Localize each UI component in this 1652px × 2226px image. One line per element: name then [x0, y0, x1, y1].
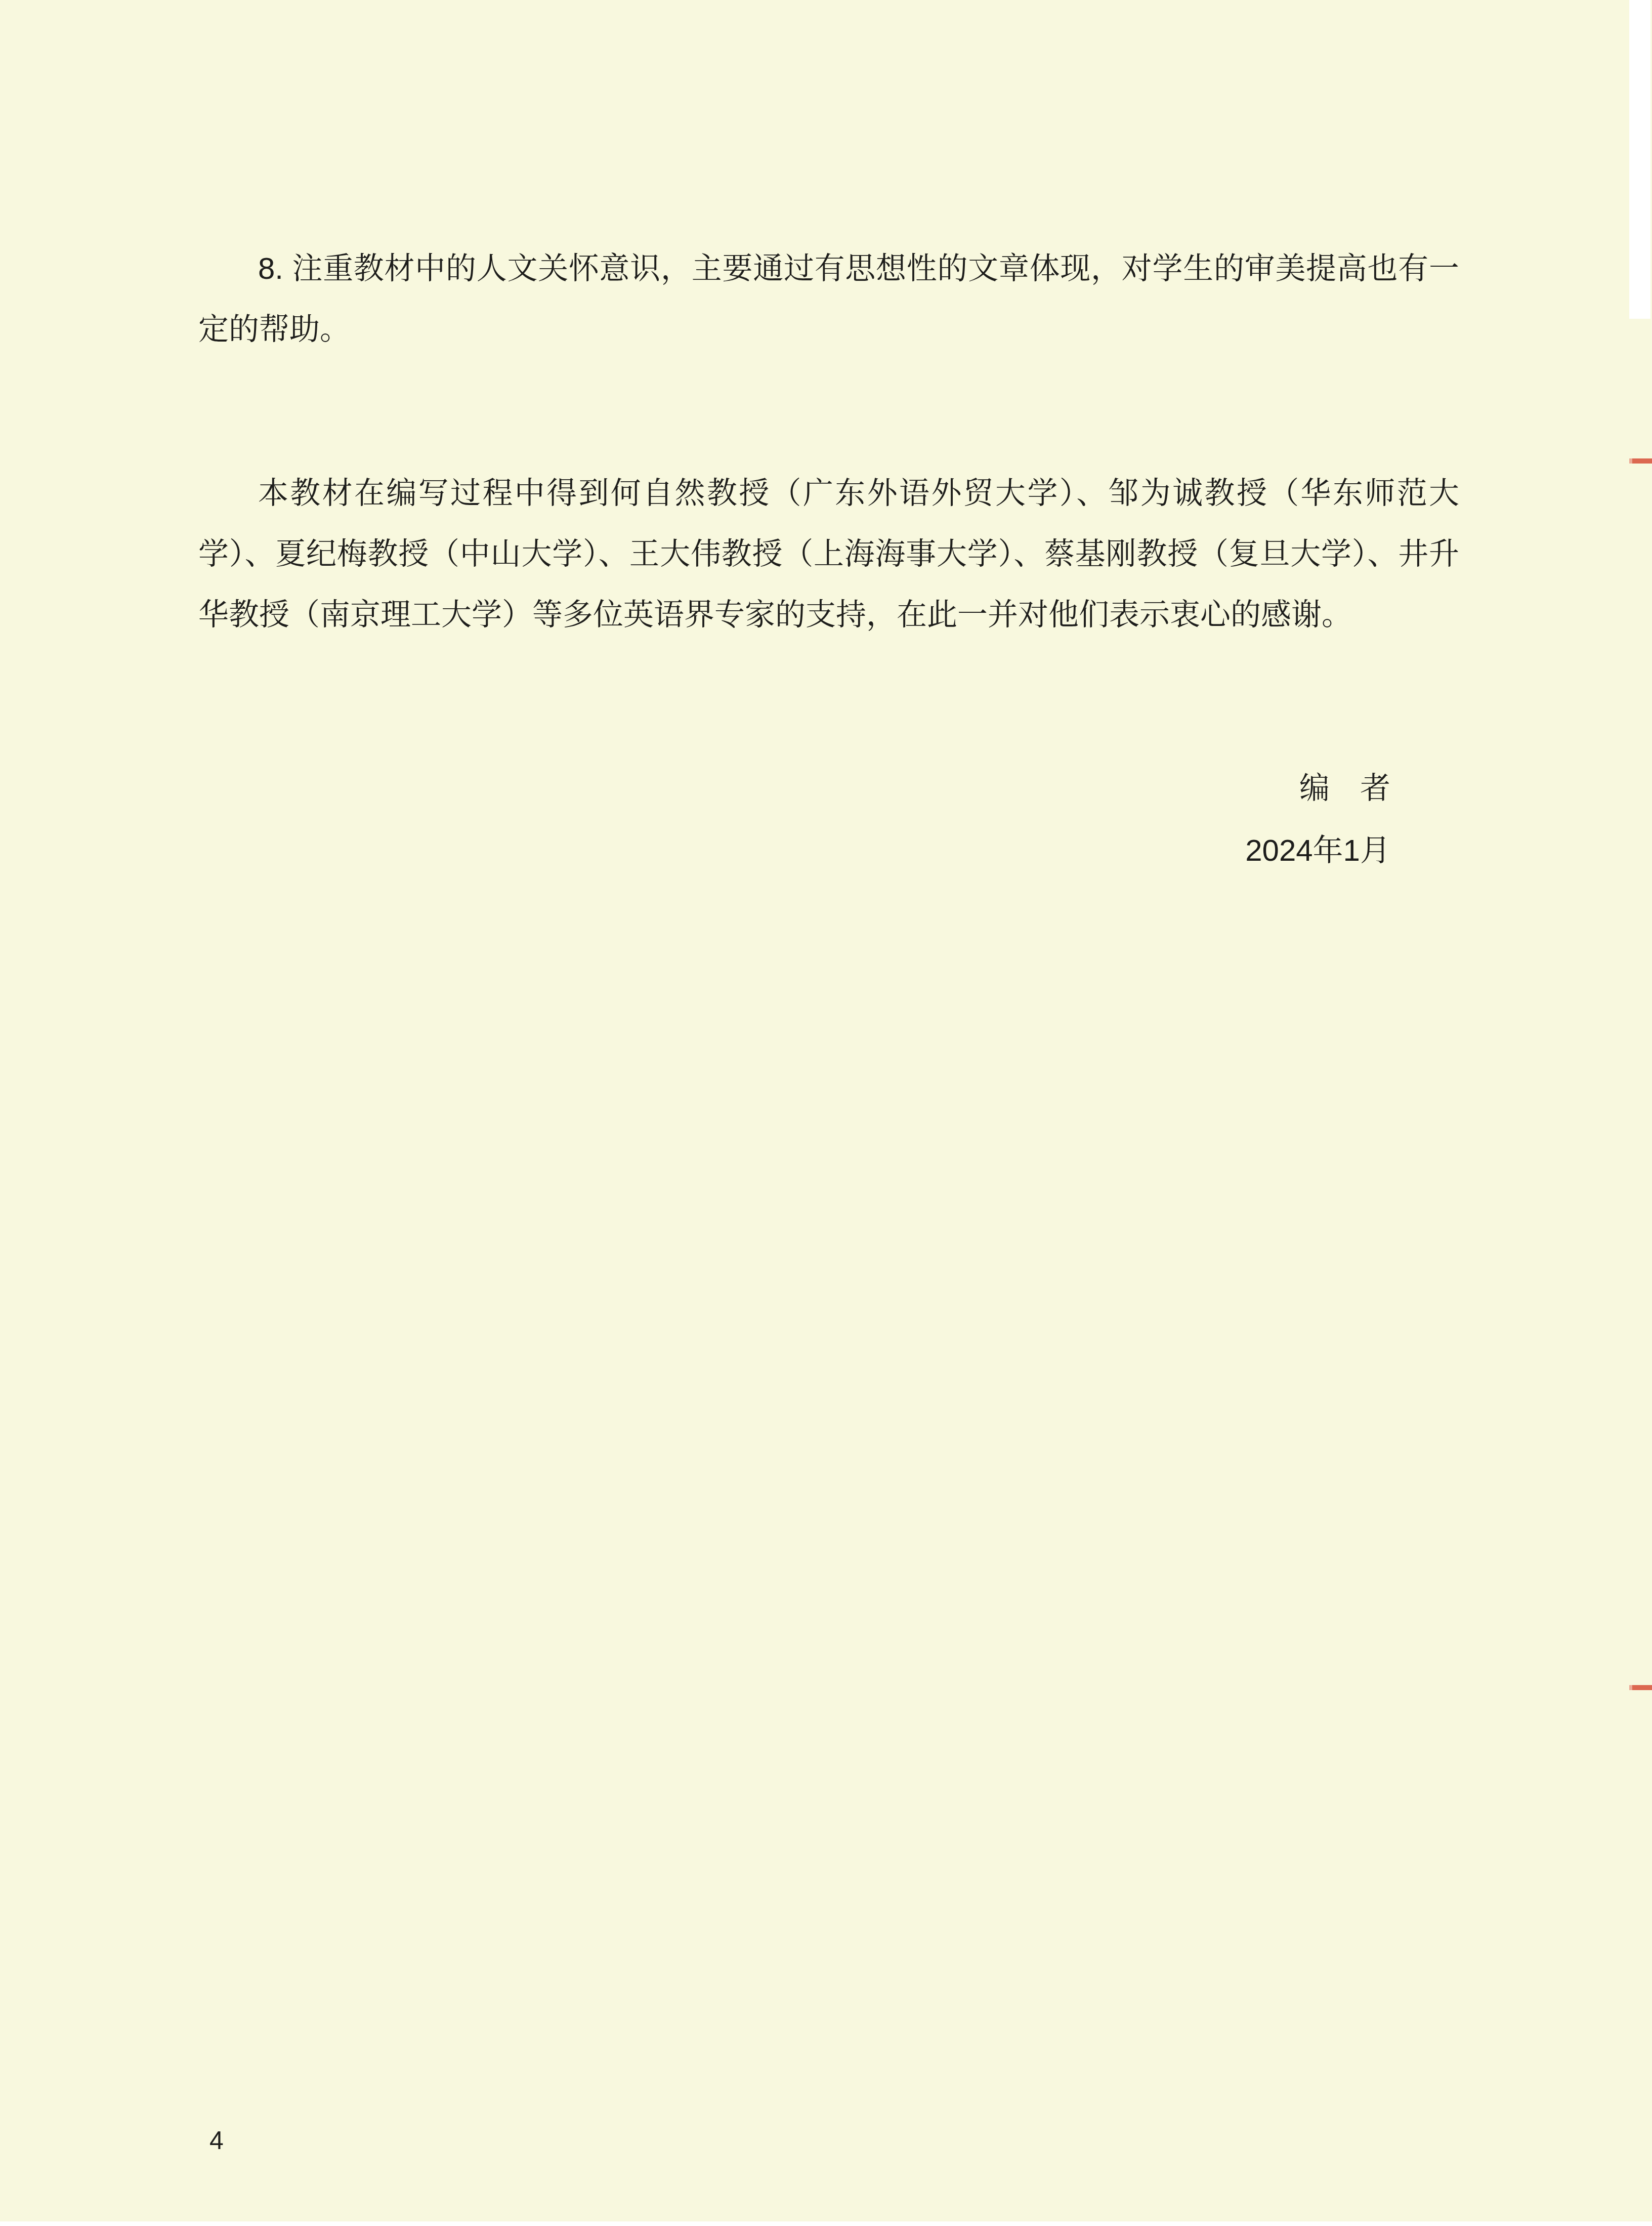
scan-white-strip-bottom: [0, 2221, 1652, 2226]
red-edge-mark-lower: [1629, 1685, 1652, 1690]
page: 8. 注重教材中的人文关怀意识，主要通过有思想性的文章体现，对学生的审美提高也有…: [0, 0, 1652, 2226]
red-edge-mark-upper: [1629, 458, 1652, 464]
edition-date: 2024年1月: [1245, 835, 1390, 866]
scan-white-strip-top-right: [1629, 0, 1650, 319]
page-number: 4: [202, 2128, 231, 2153]
body-paragraph-acknowledgments: 本教材在编写过程中得到何自然教授（广东外语外贸大学）、邹为诚教授（华东师范大学）…: [198, 463, 1459, 645]
editor-signature: 编 者: [1299, 773, 1390, 804]
body-paragraph-point-8: 8. 注重教材中的人文关怀意识，主要通过有思想性的文章体现，对学生的审美提高也有…: [198, 238, 1459, 360]
